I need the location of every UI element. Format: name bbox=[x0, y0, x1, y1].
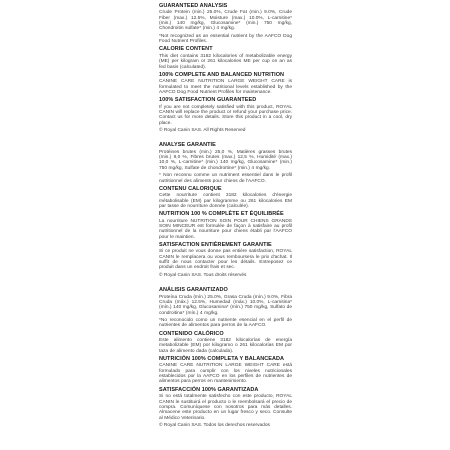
guaranteed-analysis-body-es: Proteína Cruda (mín.) 25.0%, Grasa Cruda… bbox=[159, 295, 292, 316]
guaranteed-analysis-body-en: Crude Protein (min.) 25.0%, Crude Fat (m… bbox=[159, 10, 292, 31]
copyright-line-fr: © Royal Canin SAS. Tous droits réservés bbox=[159, 273, 292, 278]
guaranteed-analysis-heading-en: GUARANTEED ANALYSIS bbox=[159, 3, 292, 10]
calorie-content-body-en: This diet contains 3182 kilocalories of … bbox=[159, 54, 292, 70]
aafco-footnote-en: *Not recognized as an essential nutrient… bbox=[159, 34, 292, 45]
satisfaction-body-es: Si no está totalmente satisfecho con est… bbox=[159, 394, 292, 421]
calorie-content-heading-en: CALORIE CONTENT bbox=[159, 46, 292, 53]
copyright-line-en: © Royal Canin SAS. All Rights Reserved bbox=[159, 128, 292, 133]
complete-nutrition-body-en: CANINE CARE NUTRITION LARGE WEIGHT CARE … bbox=[159, 79, 292, 95]
section-french: ANALYSE GARANTIE Protéines brutes (min.)… bbox=[159, 142, 292, 278]
satisfaction-heading-es: SATISFACCIÓN 100% GARANTIZADA bbox=[159, 387, 292, 394]
satisfaction-body-en: If you are not completely satisfied with… bbox=[159, 105, 292, 126]
calorie-content-heading-es: CONTENIDO CALÓRICO bbox=[159, 331, 292, 338]
complete-nutrition-heading-en: 100% COMPLETE AND BALANCED NUTRITION bbox=[159, 72, 292, 79]
satisfaction-heading-fr: SATISFACTION ENTIÈREMENT GARANTIE bbox=[159, 242, 292, 249]
complete-nutrition-body-fr: La nourriture NUTRITION SOIN POUR CHIENS… bbox=[159, 219, 292, 240]
satisfaction-body-fr: Si ce produit ne vous donne pas entière … bbox=[159, 249, 292, 270]
calorie-content-body-es: Este alimento contiene 3182 kilocalorías… bbox=[159, 338, 292, 354]
section-spanish: ANÁLISIS GARANTIZADO Proteína Cruda (mín… bbox=[159, 287, 292, 428]
aafco-footnote-es: *No reconocido como un nutriente esencia… bbox=[159, 318, 292, 329]
complete-nutrition-heading-fr: NUTRITION 100 % COMPLÈTE ET ÉQUILIBRÉE bbox=[159, 211, 292, 218]
product-label: GUARANTEED ANALYSIS Crude Protein (min.)… bbox=[159, 3, 292, 428]
calorie-content-heading-fr: CONTENU CALORIQUE bbox=[159, 186, 292, 193]
section-english: GUARANTEED ANALYSIS Crude Protein (min.)… bbox=[159, 3, 292, 133]
satisfaction-heading-en: 100% SATISFACTION GUARANTEED bbox=[159, 97, 292, 104]
guaranteed-analysis-body-fr: Protéines brutes (min.) 25,0 %, Matières… bbox=[159, 150, 292, 171]
aafco-footnote-fr: * Non reconnu comme un nutriment essenti… bbox=[159, 173, 292, 184]
guaranteed-analysis-heading-es: ANÁLISIS GARANTIZADO bbox=[159, 287, 292, 294]
guaranteed-analysis-heading-fr: ANALYSE GARANTIE bbox=[159, 142, 292, 149]
copyright-line-es: © Royal Canin SAS. Todos los derechos re… bbox=[159, 423, 292, 428]
complete-nutrition-body-es: CANINE CARE NUTRITION LARGE WEIGHT CARE … bbox=[159, 363, 292, 384]
calorie-content-body-fr: Cette nourriture contient 3182 kilocalor… bbox=[159, 193, 292, 209]
complete-nutrition-heading-es: NUTRICIÓN 100% COMPLETA Y BALANCEADA bbox=[159, 356, 292, 363]
